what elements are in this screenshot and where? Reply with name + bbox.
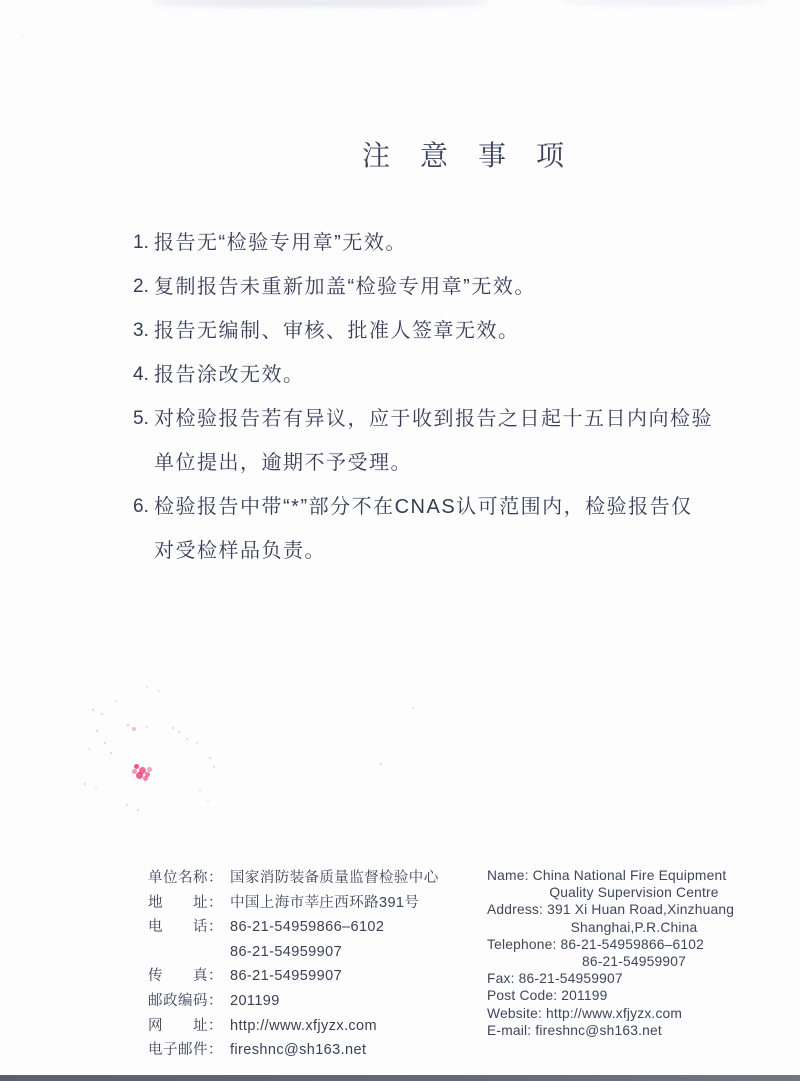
contact-row-cn: 电 话：86-21-54959866–6102 [148, 915, 439, 940]
contact-row-cn: 邮政编码：201199 [148, 989, 439, 1014]
note-text: 报告无“检验专用章”无效。 [154, 221, 407, 265]
note-number: 5. [133, 397, 154, 441]
note-number: 1. [133, 221, 154, 265]
contact-info-en: Name: China National Fire Equipment Qual… [487, 867, 781, 1039]
note-text-line: 报告涂改无效。 [154, 353, 305, 397]
contact-label: 网 址： [148, 1014, 230, 1039]
document-page: 注意事项 1. 报告无“检验专用章”无效。 2. 复制报告未重新加盖“检验专用章… [0, 0, 800, 1081]
note-text-line: 报告无编制、审核、批准人签章无效。 [154, 309, 520, 353]
scan-edge-bottom [0, 1075, 800, 1081]
note-text-line: 报告无“检验专用章”无效。 [154, 221, 407, 265]
note-item-2: 2. 复制报告未重新加盖“检验专用章”无效。 [133, 265, 713, 309]
contact-value: 86-21-54959907 [230, 944, 342, 960]
contact-line-en: Address: 391 Xi Huan Road,Xinzhuang [487, 901, 781, 918]
note-item-6: 6. 检验报告中带“*”部分不在CNAS认可范围内，检验报告仅 对受检样品负责。 [133, 485, 713, 573]
note-text: 复制报告未重新加盖“检验专用章”无效。 [154, 265, 536, 309]
note-text: 对检验报告若有异议，应于收到报告之日起十五日内向检验 单位提出，逾期不予受理。 [154, 397, 713, 485]
note-item-5: 5. 对检验报告若有异议，应于收到报告之日起十五日内向检验 单位提出，逾期不予受… [133, 397, 713, 485]
note-text: 检验报告中带“*”部分不在CNAS认可范围内，检验报告仅 对受检样品负责。 [154, 485, 693, 573]
contact-line-en: Quality Supervision Centre [487, 884, 781, 901]
contact-line-en: Post Code: 201199 [487, 987, 781, 1004]
contact-label: 传 真： [148, 964, 230, 989]
contact-label: 电 话： [148, 915, 230, 940]
note-text-line: 对检验报告若有异议，应于收到报告之日起十五日内向检验 [154, 397, 713, 441]
contact-value: fireshnc@sh163.net [230, 1042, 366, 1058]
contact-value: 86-21-54959907 [230, 968, 342, 984]
contact-row-cn: 地 址：中国上海市莘庄西环路391号 [148, 891, 439, 916]
contact-info-cn: 单位名称：国家消防装备质量监督检验中心 地 址：中国上海市莘庄西环路391号 电… [148, 866, 439, 1063]
note-text-line: 复制报告未重新加盖“检验专用章”无效。 [154, 265, 536, 309]
note-text-line: 对受检样品负责。 [154, 529, 693, 573]
contact-line-en: E-mail: fireshnc@sh163.net [487, 1022, 781, 1039]
note-number: 2. [133, 265, 154, 309]
contact-row-cn: 网 址：http://www.xfjyzx.com [148, 1014, 439, 1039]
note-number: 6. [133, 485, 154, 529]
note-text: 报告无编制、审核、批准人签章无效。 [154, 309, 520, 353]
contact-line-en: Name: China National Fire Equipment [487, 867, 781, 884]
stamp-residue-blob [134, 764, 139, 769]
contact-value: 中国上海市莘庄西环路391号 [230, 895, 419, 911]
scan-smudge-top-left [150, 0, 490, 7]
contact-line-en: Shanghai,P.R.China [487, 919, 781, 936]
contact-row-cn: 86-21-54959907 [148, 940, 439, 965]
contact-label: 电子邮件： [148, 1038, 230, 1063]
contact-line-en: 86-21-54959907 [487, 953, 781, 970]
note-text-line: 检验报告中带“*”部分不在CNAS认可范围内，检验报告仅 [154, 485, 693, 529]
contact-value: 国家消防装备质量监督检验中心 [230, 870, 439, 886]
contact-line-en: Website: http://www.xfjyzx.com [487, 1005, 781, 1022]
note-item-3: 3. 报告无编制、审核、批准人签章无效。 [133, 309, 713, 353]
contact-line-en: Telephone: 86-21-54959866–6102 [487, 936, 781, 953]
note-item-1: 1. 报告无“检验专用章”无效。 [133, 221, 713, 265]
page-title: 注意事项 [156, 134, 800, 174]
contact-row-cn: 电子邮件：fireshnc@sh163.net [148, 1038, 439, 1063]
stamp-residue-specks [0, 0, 2, 2]
contact-line-en: Fax: 86-21-54959907 [487, 970, 781, 987]
note-text-line: 单位提出，逾期不予受理。 [154, 441, 713, 485]
note-text: 报告涂改无效。 [154, 353, 305, 397]
scan-smudge-top-right [560, 0, 770, 5]
contact-value: 201199 [230, 993, 280, 1009]
contact-row-cn: 单位名称：国家消防装备质量监督检验中心 [148, 866, 439, 891]
contact-value: 86-21-54959866–6102 [230, 919, 384, 935]
note-number: 4. [133, 353, 154, 397]
note-item-4: 4. 报告涂改无效。 [133, 353, 713, 397]
contact-label: 邮政编码： [148, 989, 230, 1014]
note-number: 3. [133, 309, 154, 353]
contact-row-cn: 传 真：86-21-54959907 [148, 964, 439, 989]
contact-label: 单位名称： [148, 866, 230, 891]
contact-label: 地 址： [148, 891, 230, 916]
notes-list: 1. 报告无“检验专用章”无效。 2. 复制报告未重新加盖“检验专用章”无效。 … [133, 221, 713, 573]
contact-value: http://www.xfjyzx.com [230, 1018, 377, 1034]
